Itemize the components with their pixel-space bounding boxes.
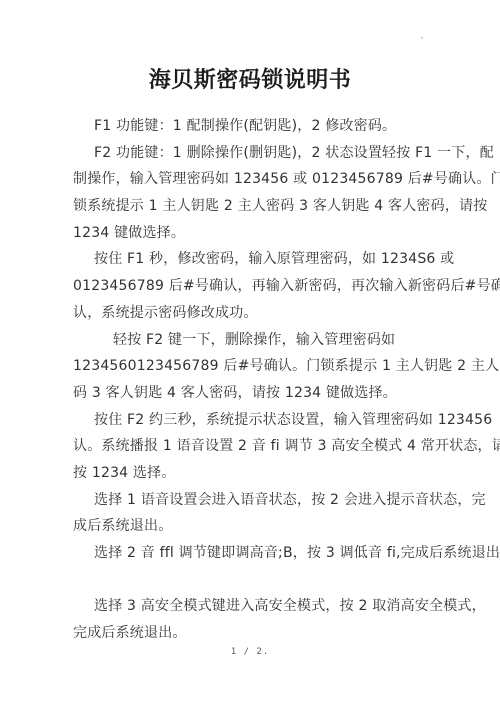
text-line: 制操作，输入管理密码如 123456 或 0123456789 后#号确认。门 xyxy=(73,166,447,193)
text-line: 按住 F1 秒，修改密码，输入原管理密码，如 1234S6 或 xyxy=(73,246,447,273)
scan-artifact-mark: ' xyxy=(419,36,424,46)
text-line: 按 1234 选择。 xyxy=(73,460,447,487)
document-body: F1 功能键：1 配制操作(配钥匙)，2 修改密码。F2 功能键：1 删除操作(… xyxy=(73,113,447,647)
paragraph: 轻按 F2 键一下，删除操作，输入管理密码如1234560123456789 后… xyxy=(73,327,447,407)
text-line: 选择 3 高安全模式键进入高安全模式，按 2 取消高安全模式， xyxy=(73,593,447,620)
text-line: 选择 2 音 ffl 调节键即调高音;B，按 3 调低音 fi,完成后系统退出。 xyxy=(73,540,447,567)
text-line: 码 3 客人钥匙 4 客人密码，请按 1234 键做选择。 xyxy=(73,380,447,407)
document-page: ' 海贝斯密码锁说明书 F1 功能键：1 配制操作(配钥匙)，2 修改密码。F2… xyxy=(0,0,500,708)
paragraph: 选择 1 语音设置会进入语音状态，按 2 会进入提示音状态，完成后系统退出。 xyxy=(73,487,447,540)
text-line: 成后系统退出。 xyxy=(73,513,447,540)
paragraph: 按住 F2 约三秒，系统提示状态设置，输入管理密码如 123456认。系统播报 … xyxy=(73,407,447,487)
text-line: 1234 键做选择。 xyxy=(73,220,447,247)
paragraph: 选择 2 音 ffl 调节键即调高音;B，按 3 调低音 fi,完成后系统退出。 xyxy=(73,540,447,567)
document-title: 海贝斯密码锁说明书 xyxy=(0,63,500,94)
text-line: 0123456789 后#号确认，再输入新密码，再次输入新密码后#号确 xyxy=(73,273,447,300)
text-line: 完成后系统退出。 xyxy=(73,620,447,647)
text-line: F1 功能键：1 配制操作(配钥匙)，2 修改密码。 xyxy=(73,113,447,140)
paragraph: 选择 3 高安全模式键进入高安全模式，按 2 取消高安全模式，完成后系统退出。 xyxy=(73,593,447,646)
text-line: 选择 1 语音设置会进入语音状态，按 2 会进入提示音状态，完 xyxy=(73,487,447,514)
page-number-indicator: 1 / 2. xyxy=(0,647,500,657)
text-line: 1234560123456789 后#号确认。门锁系提示 1 主人钥匙 2 主人… xyxy=(73,353,447,380)
text-line: 轻按 F2 键一下，删除操作，输入管理密码如 xyxy=(73,327,447,354)
text-line: 认。系统播报 1 语音设置 2 音 fi 调节 3 高安全模式 4 常开状态，请 xyxy=(73,433,447,460)
paragraph: F2 功能键：1 删除操作(删钥匙)，2 状态设置轻按 F1 一下，配制操作，输… xyxy=(73,140,447,247)
paragraph-spacer xyxy=(73,567,447,594)
text-line: 认，系统提示密码修改成功。 xyxy=(73,300,447,327)
paragraph: 按住 F1 秒，修改密码，输入原管理密码，如 1234S6 或012345678… xyxy=(73,246,447,326)
text-line: 按住 F2 约三秒，系统提示状态设置，输入管理密码如 123456 xyxy=(73,407,447,434)
paragraph: F1 功能键：1 配制操作(配钥匙)，2 修改密码。 xyxy=(73,113,447,140)
text-line: F2 功能键：1 删除操作(删钥匙)，2 状态设置轻按 F1 一下，配 xyxy=(73,140,447,167)
text-line: 锁系统提示 1 主人钥匙 2 主人密码 3 客人钥匙 4 客人密码，请按 xyxy=(73,193,447,220)
